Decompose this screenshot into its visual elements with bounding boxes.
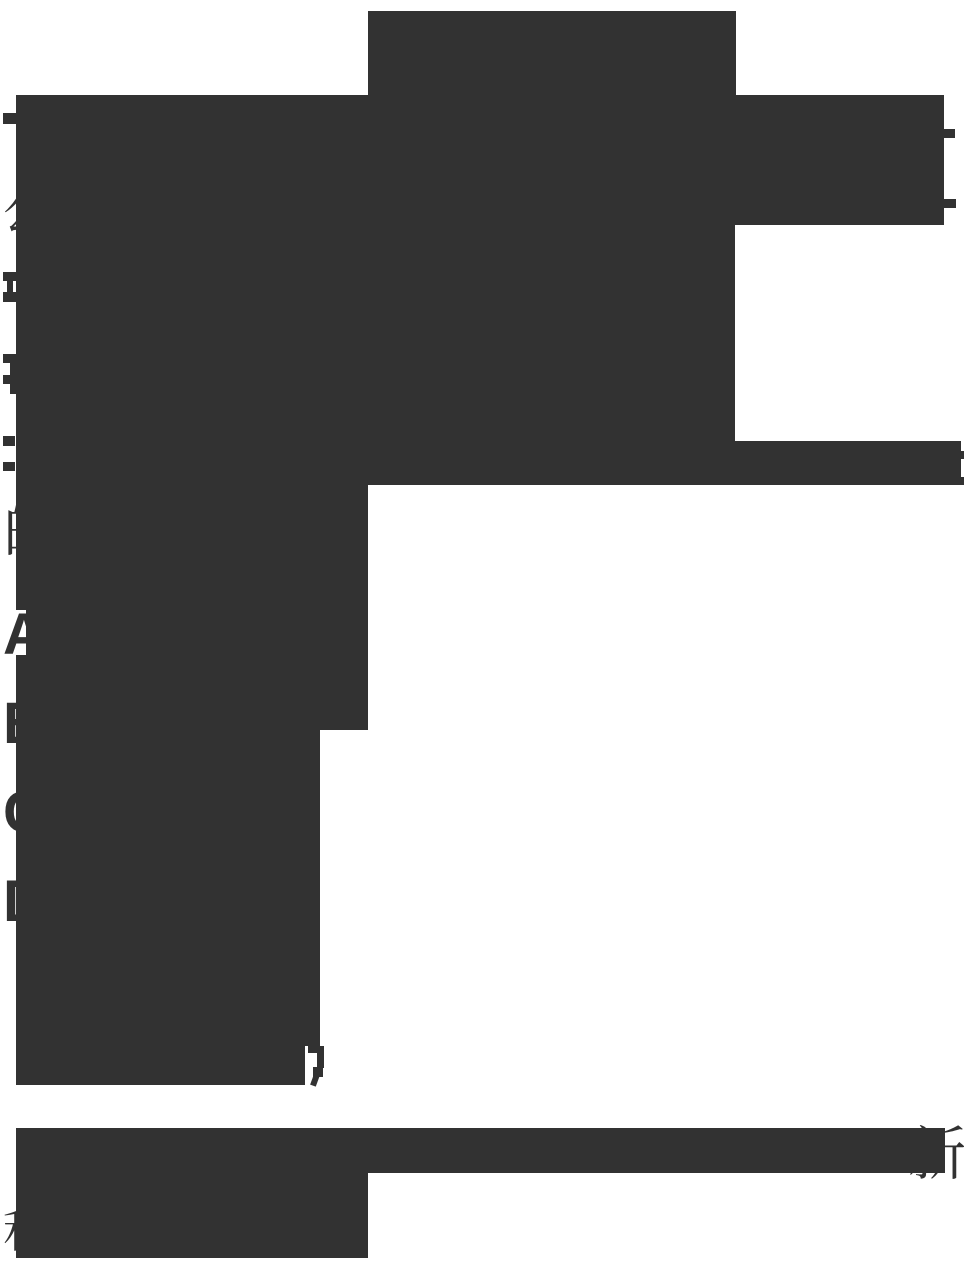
masked-bottom-block [16, 1173, 368, 1258]
masked-option-b-line [16, 655, 368, 730]
masked-paragraph-band-2 [16, 225, 735, 441]
masked-news-line [16, 1128, 945, 1173]
stroke-fragment-line5-start-top [3, 436, 15, 446]
masked-paragraph-band-1 [16, 95, 944, 225]
stroke-fragment-line4-start-bottom [3, 375, 16, 384]
masked-full-width-line [16, 441, 961, 485]
stroke-fragment-line5-start-bottom [3, 462, 15, 471]
stroke-fragment-line1-end [944, 129, 955, 138]
stroke-fragment-line3-start-bottom [3, 292, 16, 302]
masked-option-a-line [26, 610, 368, 655]
stroke-fragment-line3-start-top [3, 272, 16, 281]
masked-left-column-tail [16, 1046, 305, 1085]
stroke-fragment-line4-start-vertical [10, 354, 16, 394]
masked-left-column-upper [16, 485, 368, 610]
comma-fragment-tail [310, 1073, 320, 1086]
page-canvas: A B C D 么 的 和 新 [0, 0, 964, 1283]
stroke-fragment-line1-start [3, 113, 16, 124]
masked-title-block [368, 11, 736, 95]
stroke-fragment-line2-end [944, 199, 956, 208]
stroke-fragment-column-end-vertical [317, 1048, 324, 1068]
masked-left-column-lower [16, 730, 320, 1046]
